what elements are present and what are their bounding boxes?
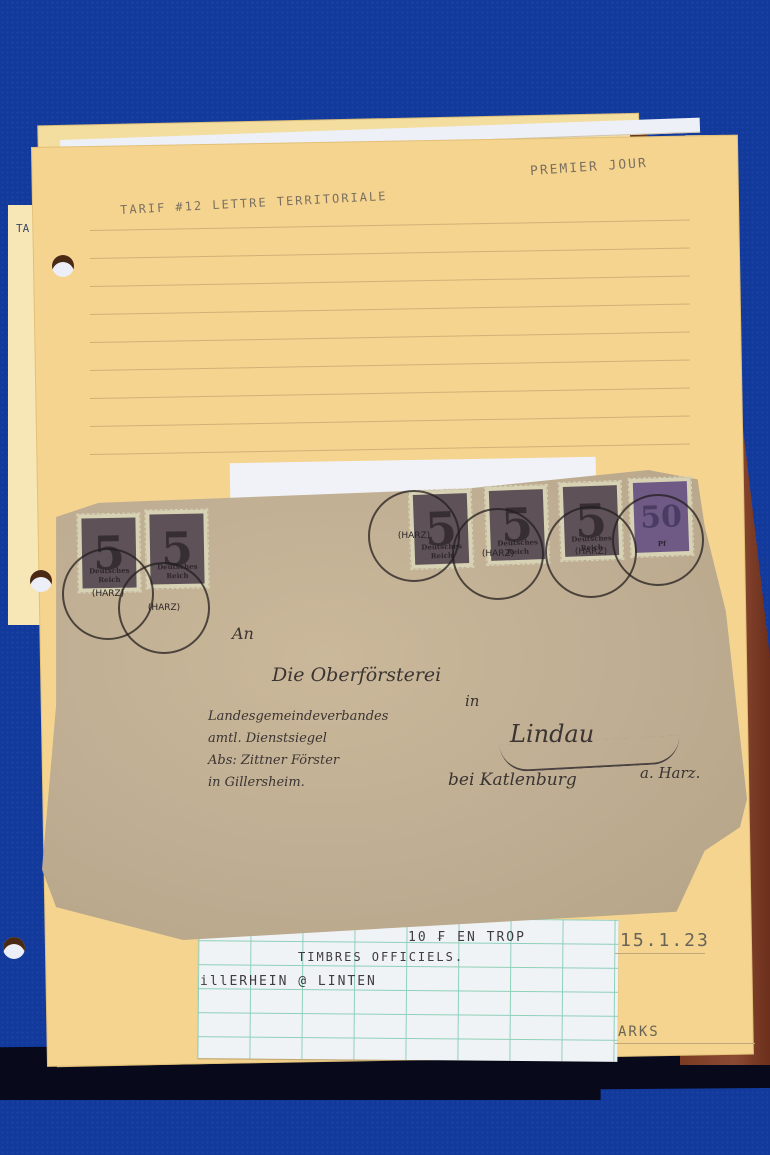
note-line-1: 10 ₣ EN TROP	[408, 930, 526, 945]
date-rule	[615, 953, 705, 954]
postmark: (HARZ)	[118, 562, 210, 654]
sender-block: Landesgemeindeverbandes amtl. Dienstsieg…	[208, 706, 388, 794]
destination-region: a. Harz.	[640, 764, 700, 782]
left-back-page-text: TA	[16, 222, 29, 235]
sender-line: in Gillersheim.	[208, 772, 388, 794]
punch-hole	[3, 937, 25, 959]
marks-note: ARKS	[618, 1024, 660, 1040]
punch-hole	[30, 570, 52, 592]
addressee: Die Oberförsterei	[272, 664, 441, 686]
sender-line: Landesgemeindeverbandes	[208, 706, 388, 728]
sender-line: amtl. Dienstsiegel	[208, 728, 388, 750]
sender-line: Abs: Zittner Förster	[208, 750, 388, 772]
postmark	[612, 494, 704, 586]
note-line-2: TIMBRES OFFICIELS.	[298, 950, 464, 964]
date-note: 15.1.23	[620, 930, 710, 951]
salutation: An	[232, 624, 254, 643]
punch-hole	[52, 255, 74, 277]
marks-rule	[615, 1043, 755, 1044]
destination-district: bei Katlenburg	[448, 770, 577, 790]
postmark: (HARZ)	[452, 508, 544, 600]
postmark: (HARZ)	[368, 490, 460, 582]
address-in: in	[465, 692, 479, 710]
note-line-3: illERHEIN @ LINTEN	[200, 974, 377, 989]
